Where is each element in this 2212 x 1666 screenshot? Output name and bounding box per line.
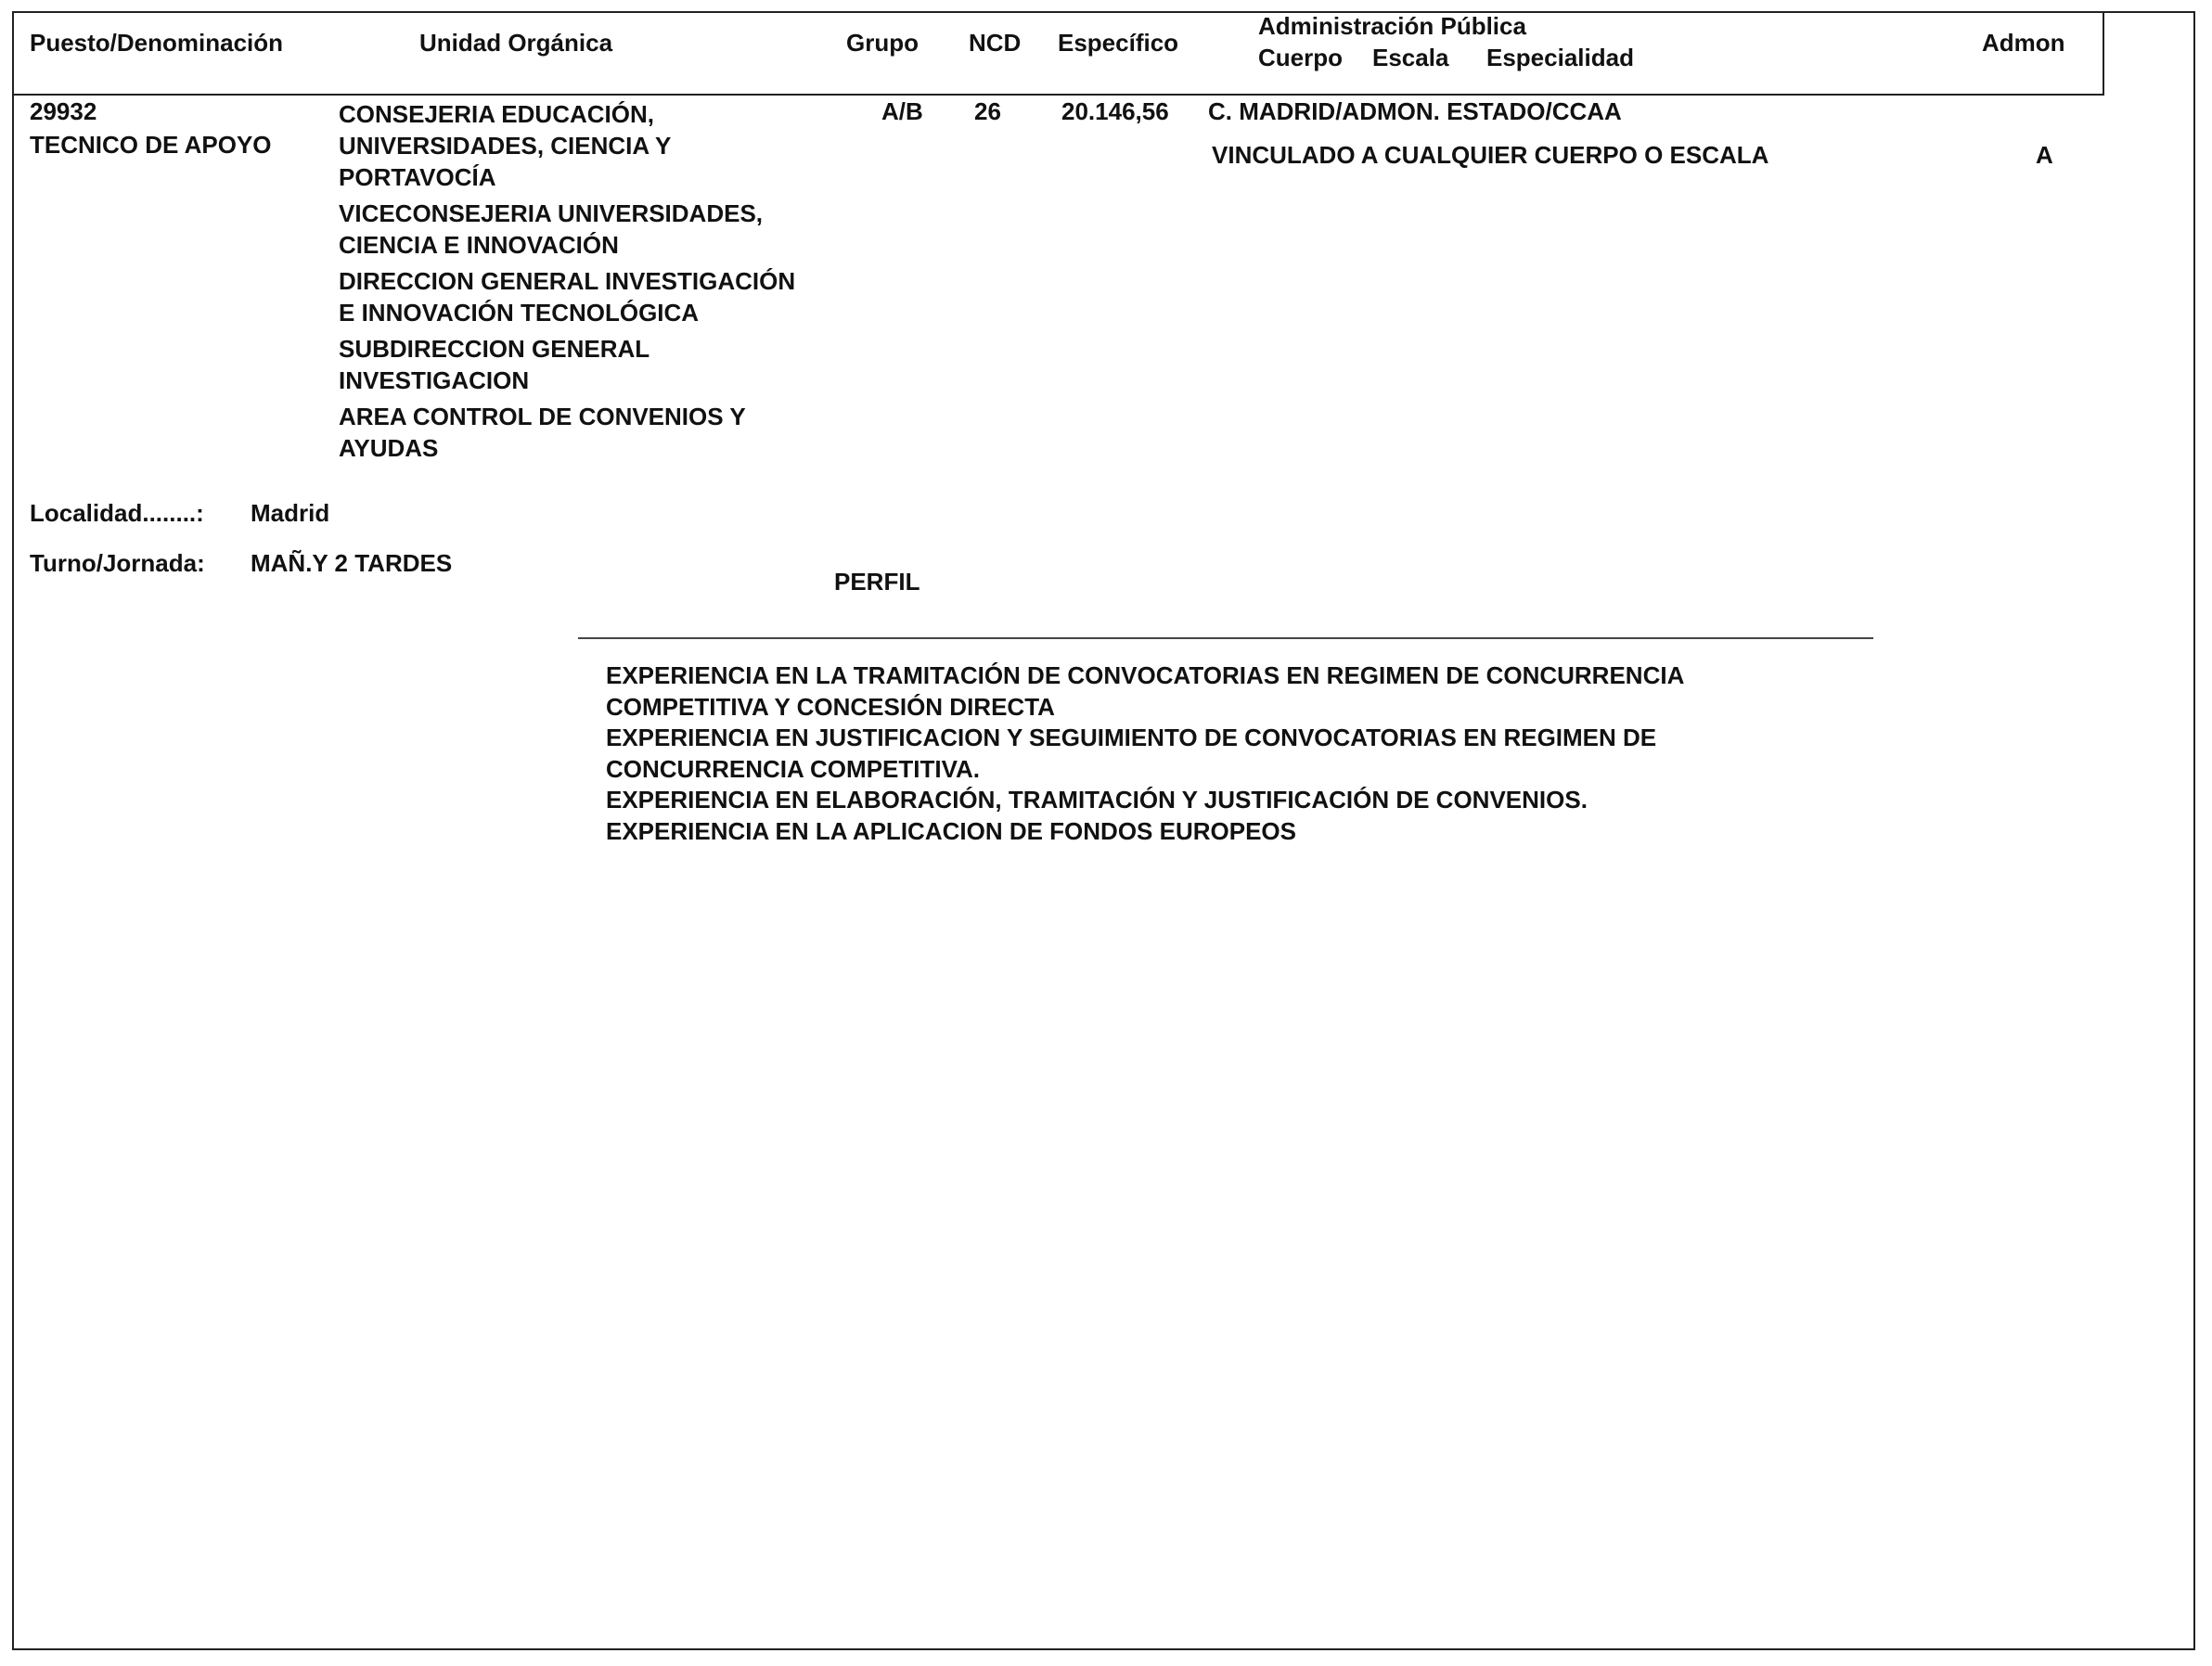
header-especialidad: Especialidad	[1486, 44, 1634, 72]
perfil-title: PERFIL	[834, 566, 920, 597]
turno-value: MAÑ.Y 2 TARDES	[251, 547, 452, 579]
header-admon: Admon	[1982, 29, 2065, 58]
localidad-label: Localidad........:	[30, 497, 204, 529]
header-cuerpo: Cuerpo	[1258, 44, 1343, 72]
unidad-level-1: CONSEJERIA EDUCACIÓN, UNIVERSIDADES, CIE…	[339, 98, 858, 193]
unidad-level-2: VICECONSEJERIA UNIVERSIDADES, CIENCIA E …	[339, 198, 858, 261]
puesto-denominacion: TECNICO DE APOYO	[30, 129, 272, 160]
puesto-especifico: 20.146,56	[1061, 96, 1169, 127]
header-ncd: NCD	[969, 29, 1021, 58]
perfil-line: EXPERIENCIA EN LA APLICACION DE FONDOS E…	[606, 816, 1905, 848]
perfil-line: EXPERIENCIA EN JUSTIFICACION Y SEGUIMIEN…	[606, 723, 1905, 754]
unidad-level-4: SUBDIRECCION GENERAL INVESTIGACION	[339, 333, 858, 396]
turno-label: Turno/Jornada:	[30, 547, 205, 579]
perfil-line: COMPETITIVA Y CONCESIÓN DIRECTA	[606, 692, 1905, 724]
puesto-grupo: A/B	[881, 96, 923, 127]
perfil-lines: EXPERIENCIA EN LA TRAMITACIÓN DE CONVOCA…	[606, 660, 1905, 847]
unidad-level-5: AREA CONTROL DE CONVENIOS Y AYUDAS	[339, 401, 858, 464]
puesto-ncd: 26	[974, 96, 1001, 127]
puesto-cuerpo-escala: VINCULADO A CUALQUIER CUERPO O ESCALA	[1212, 139, 1768, 171]
puesto-administracion: C. MADRID/ADMON. ESTADO/CCAA	[1208, 96, 1622, 127]
localidad-value: Madrid	[251, 497, 329, 529]
puesto-codigo: 29932	[30, 96, 96, 127]
header-grupo: Grupo	[846, 29, 919, 58]
unidad-level-3: DIRECCION GENERAL INVESTIGACIÓN E INNOVA…	[339, 265, 858, 328]
header-unidad: Unidad Orgánica	[419, 29, 612, 58]
header-escala: Escala	[1372, 44, 1448, 72]
header-especifico: Específico	[1058, 29, 1178, 58]
perfil-line: EXPERIENCIA EN ELABORACIÓN, TRAMITACIÓN …	[606, 785, 1905, 816]
header-puesto: Puesto/Denominación	[30, 29, 283, 58]
unidad-organica: CONSEJERIA EDUCACIÓN, UNIVERSIDADES, CIE…	[339, 98, 858, 468]
puesto-admon: A	[2036, 139, 2053, 171]
header-admin-publica: Administración Pública	[1258, 12, 1526, 41]
perfil-divider	[578, 637, 1873, 639]
perfil-line: EXPERIENCIA EN LA TRAMITACIÓN DE CONVOCA…	[606, 660, 1905, 692]
perfil-line: CONCURRENCIA COMPETITIVA.	[606, 754, 1905, 786]
